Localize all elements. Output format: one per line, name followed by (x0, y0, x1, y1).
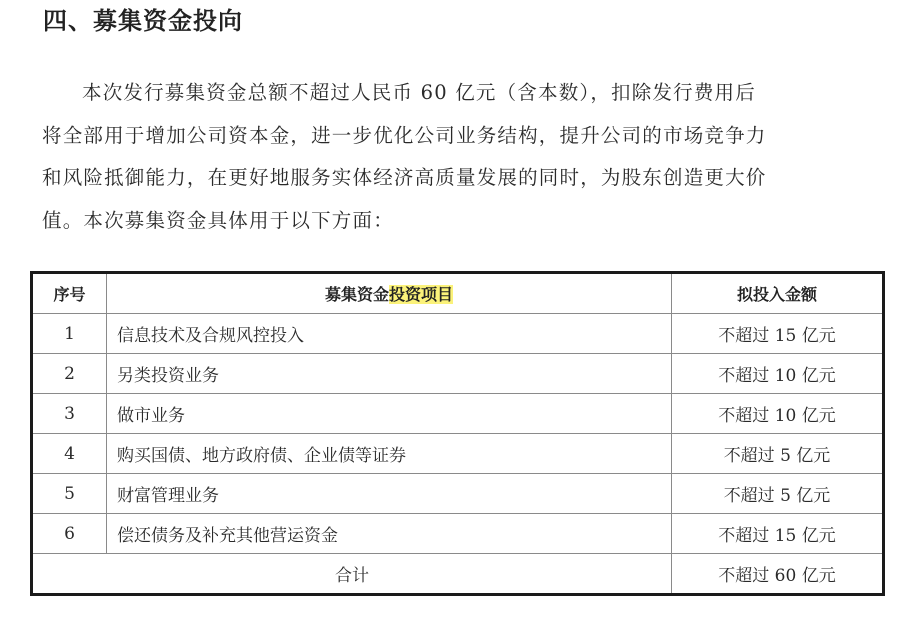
paragraph-line: 本次发行募集资金总额不超过人民币 60 亿元（含本数），扣除发行费用后 (42, 72, 882, 115)
row-amount: 不超过 10 亿元 (672, 394, 884, 434)
row-amount: 不超过 15 亿元 (672, 314, 884, 354)
row-amount: 不超过 10 亿元 (672, 354, 884, 394)
row-item: 购买国债、地方政府债、企业债等证券 (107, 434, 672, 474)
row-amount: 不超过 15 亿元 (672, 514, 884, 554)
row-no: 3 (32, 394, 107, 434)
intro-paragraph: 本次发行募集资金总额不超过人民币 60 亿元（含本数），扣除发行费用后 将全部用… (42, 72, 882, 242)
table-row: 3 做市业务 不超过 10 亿元 (32, 394, 884, 434)
header-item-highlight: 投资项目 (389, 285, 453, 304)
row-no: 6 (32, 514, 107, 554)
table-row: 1 信息技术及合规风控投入 不超过 15 亿元 (32, 314, 884, 354)
row-amount: 不超过 5 亿元 (672, 474, 884, 514)
row-item: 另类投资业务 (107, 354, 672, 394)
paragraph-line: 将全部用于增加公司资本金，进一步优化公司业务结构，提升公司的市场竞争力 (42, 115, 882, 158)
total-amount: 不超过 60 亿元 (672, 554, 884, 595)
fund-allocation-table: 序号 募集资金投资项目 拟投入金额 1 信息技术及合规风控投入 不超过 15 亿… (30, 271, 885, 596)
total-label: 合计 (32, 554, 672, 595)
header-no: 序号 (32, 273, 107, 314)
row-amount: 不超过 5 亿元 (672, 434, 884, 474)
row-no: 5 (32, 474, 107, 514)
row-no: 4 (32, 434, 107, 474)
section-heading: 四、募集资金投向 (43, 4, 243, 38)
paragraph-line: 值。本次募集资金具体用于以下方面： (42, 200, 882, 243)
row-no: 2 (32, 354, 107, 394)
table-row: 6 偿还债务及补充其他营运资金 不超过 15 亿元 (32, 514, 884, 554)
row-item: 偿还债务及补充其他营运资金 (107, 514, 672, 554)
row-no: 1 (32, 314, 107, 354)
row-item: 财富管理业务 (107, 474, 672, 514)
table-header-row: 序号 募集资金投资项目 拟投入金额 (32, 273, 884, 314)
table-row: 4 购买国债、地方政府债、企业债等证券 不超过 5 亿元 (32, 434, 884, 474)
row-item: 做市业务 (107, 394, 672, 434)
header-item: 募集资金投资项目 (107, 273, 672, 314)
header-item-prefix: 募集资金 (325, 285, 389, 304)
table-total-row: 合计 不超过 60 亿元 (32, 554, 884, 595)
row-item: 信息技术及合规风控投入 (107, 314, 672, 354)
header-amount: 拟投入金额 (672, 273, 884, 314)
paragraph-line: 和风险抵御能力，在更好地服务实体经济高质量发展的同时，为股东创造更大价 (42, 157, 882, 200)
table-row: 5 财富管理业务 不超过 5 亿元 (32, 474, 884, 514)
table-row: 2 另类投资业务 不超过 10 亿元 (32, 354, 884, 394)
